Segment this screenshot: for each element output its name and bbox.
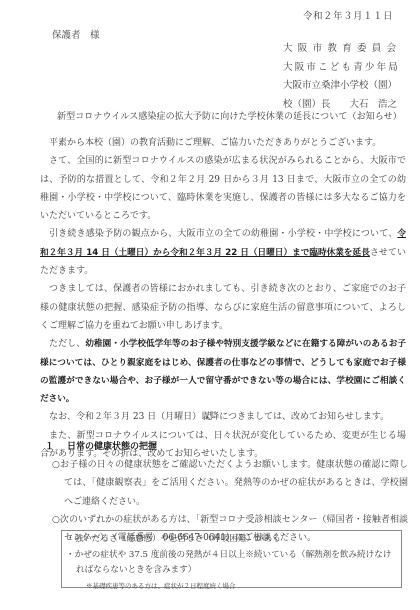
symptom-bullet: ・かぜの症状や 37.5 度前後の発熱が４日以上※続いている（解熱剤を飲み続けな… bbox=[66, 548, 397, 579]
text: 引き続き感染予防の観点から、大阪市立の全ての幼稚園・小学校・中学校について、 bbox=[49, 229, 397, 239]
paragraph: なお、令和２年３月 23 日（月曜日）以降につきましては、改めてお知らせします。 bbox=[40, 408, 406, 426]
text: ただし、 bbox=[49, 339, 85, 349]
sender-block: 大阪市教育委員会 大阪市こども青少年局 大阪市立桑津小学校（園） 校（園）長 大… bbox=[283, 40, 401, 115]
document-body: 平素から本校（園）の教育活動にご理解、ご協力いただきありがとうございます。 さて… bbox=[40, 134, 406, 463]
list-item: ○お子様の日々の健康状態をご確認いただくようお願いします。健康状態の確認に際して… bbox=[52, 456, 408, 511]
paragraph: ただし、幼稚園・小学校低学年等のお子様や特別支援学級などに在籍する障がいのあるお… bbox=[40, 335, 406, 408]
paragraph: つきましては、保護者の皆様におかれましても、引き続き次のとおり、ご家庭でのお子様… bbox=[40, 280, 406, 335]
ki-marker: 記 bbox=[203, 409, 212, 422]
sender-line: 大阪市立桑津小学校（園） bbox=[283, 77, 401, 96]
paragraph: さて、全国的に新型コロナウイルスの感染が広まる状況がみられることから、大阪市では… bbox=[40, 152, 406, 225]
footnote: ※基礎疾患等のある方は、症状が２日程度続く場合 bbox=[66, 579, 397, 593]
sender-line: 大阪市教育委員会 bbox=[283, 40, 401, 59]
symptom-box: ・強いだるさ（倦怠感）や息苦しさ（呼吸困難）がある ・かぜの症状や 37.5 度… bbox=[61, 530, 402, 588]
recipient: 保護者 様 bbox=[52, 27, 100, 41]
paragraph: 引き続き感染予防の観点から、大阪市立の全ての幼稚園・小学校・中学校について、令和… bbox=[40, 225, 406, 280]
section-heading: １日常の健康状態の把握 bbox=[45, 439, 157, 452]
section-title: 日常の健康状態の把握 bbox=[67, 442, 157, 452]
section-number: １ bbox=[45, 439, 67, 452]
symptom-bullet: ・強いだるさ（倦怠感）や息苦しさ（呼吸困難）がある bbox=[66, 532, 397, 548]
emphasis-text: 幼稚園・小学校低学年等のお子様や特別支援学級などに在籍する障がいのあるお子様につ… bbox=[40, 339, 406, 404]
sender-line: 大阪市こども青少年局 bbox=[283, 59, 401, 78]
document-title: 新型コロナウイルス感染症の拡大予防に向けた学校休業の延長について（お知らせ） bbox=[57, 109, 402, 122]
document-date: 令和２年３月１１日 bbox=[303, 8, 393, 22]
paragraph: 平素から本校（園）の教育活動にご理解、ご協力いただきありがとうございます。 bbox=[40, 134, 406, 152]
